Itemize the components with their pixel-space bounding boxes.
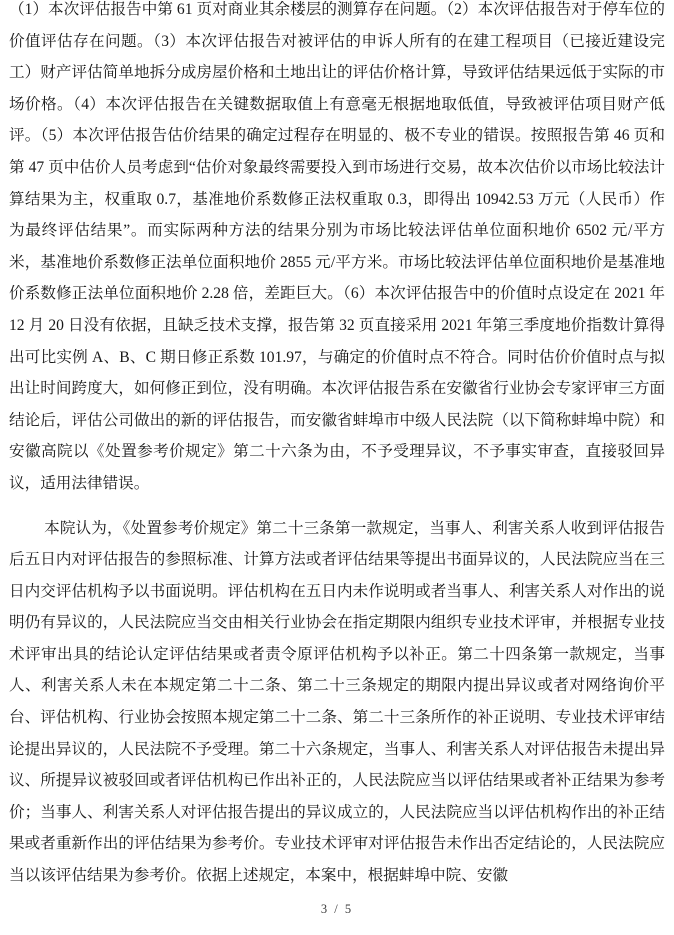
document-body: （1）本次评估报告中第 61 页对商业其余楼层的测算存在问题。（2）本次评估报告… xyxy=(0,0,674,892)
document-page: （1）本次评估报告中第 61 页对商业其余楼层的测算存在问题。（2）本次评估报告… xyxy=(0,0,674,929)
body-paragraph-2: 本院认为，《处置参考价规定》第二十三条第一款规定，当事人、利害关系人收到评估报告… xyxy=(9,513,665,892)
body-paragraph-1: （1）本次评估报告中第 61 页对商业其余楼层的测算存在问题。（2）本次评估报告… xyxy=(9,0,665,500)
page-number: 3 / 5 xyxy=(0,902,674,917)
